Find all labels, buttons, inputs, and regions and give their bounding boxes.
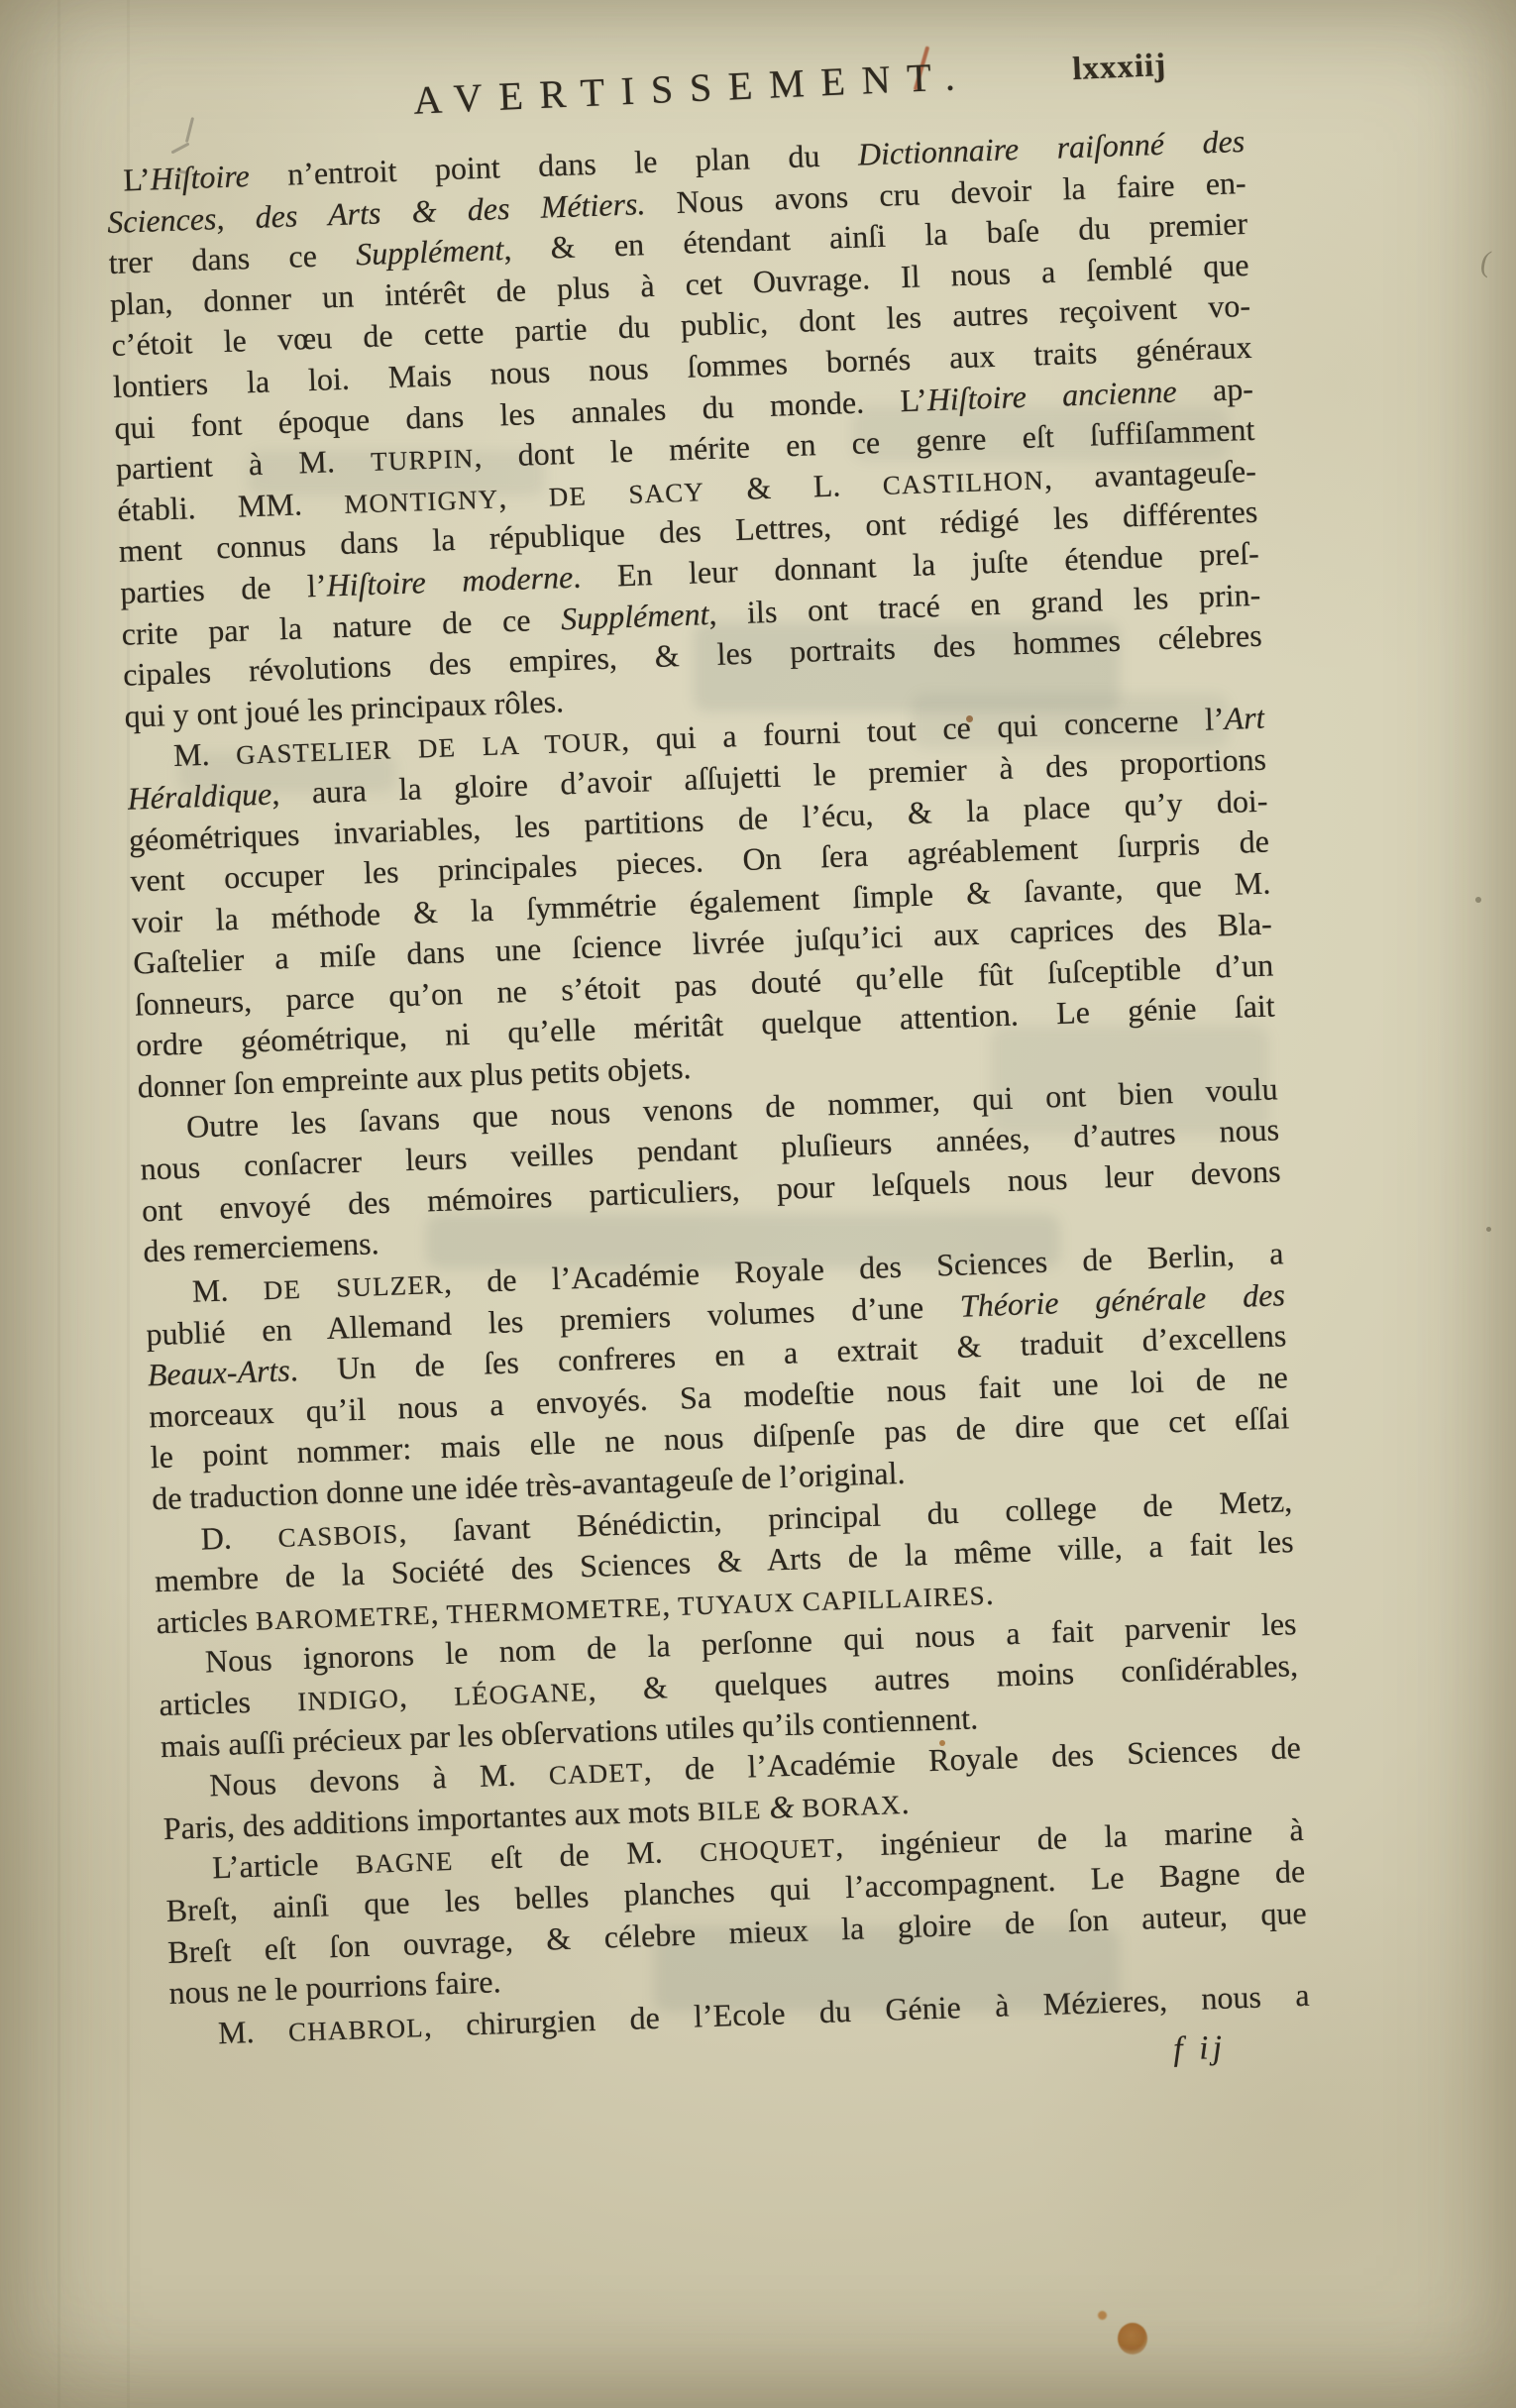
paragraph: L’Hiſtoire n’entroit point dans le plan … [105,121,1264,737]
paper-speck [1475,897,1481,903]
page-text-block: AVERTISSEMENT. lxxxiij L’Hiſtoire n’entr… [102,46,1312,2107]
ink-stain [1098,2311,1107,2320]
scanned-book-page: ( AVERTISSEMENT. lxxxiij L’Hiſtoire n’en… [0,0,1516,2408]
ink-stain [1118,2323,1147,2354]
paper-speck [1486,1227,1491,1232]
paragraph: M. GASTELIER DE LA TOUR, qui a fourni to… [125,698,1276,1108]
folio-number: lxxxiij [1072,48,1167,88]
margin-stray-mark: ( [1480,246,1490,279]
body-text: L’Hiſtoire n’entroit point dans le plan … [105,121,1310,2055]
paragraph: M. DE SULZER, de l’Académie Royale des S… [144,1233,1291,1520]
paper-chain-line [57,0,60,2408]
